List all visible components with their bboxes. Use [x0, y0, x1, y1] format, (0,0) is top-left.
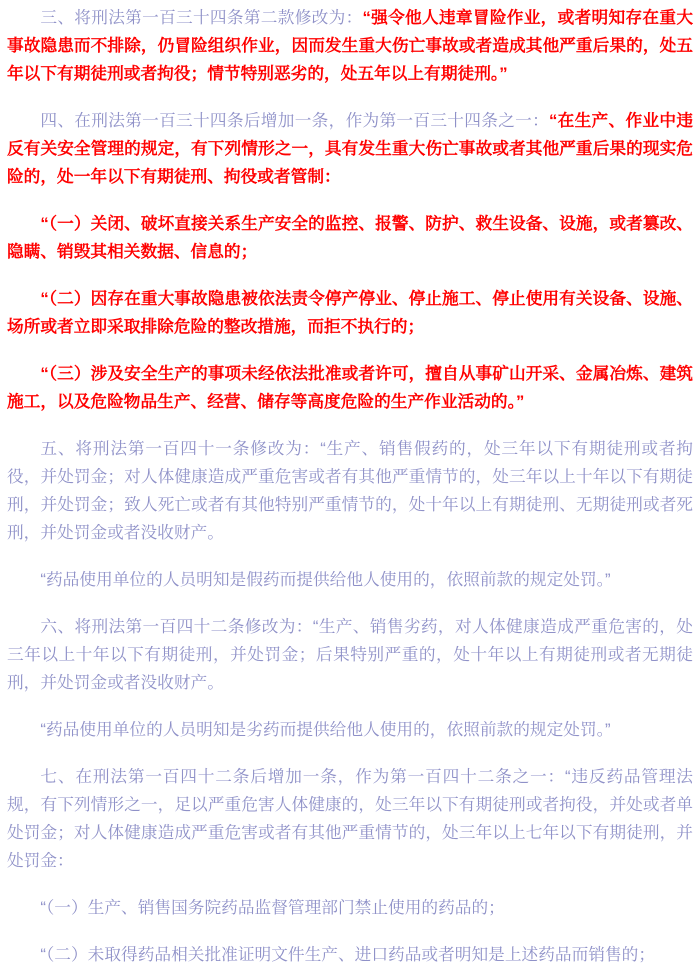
amendment-3: 三、将刑法第一百三十四条第二款修改为：“强令他人违章冒险作业，或者明知存在重大事…: [7, 4, 693, 88]
text-segment-lead: 七、在刑法第一百四十二条后增加一条，作为第一百四十二条之一：“违反药品管理法规，…: [7, 767, 693, 870]
text-segment-lead: 三、将刑法第一百三十四条第二款修改为：: [40, 8, 362, 27]
text-segment-lead: 六、将刑法第一百四十二条修改为：“生产、销售劣药，对人体健康造成严重危害的，处三…: [7, 617, 693, 692]
text-segment-lead: 四、在刑法第一百三十四条后增加一条，作为第一百三十四条之一：: [40, 111, 549, 130]
text-segment-emphasis: “（三）涉及安全生产的事项未经依法批准或者许可，擅自从事矿山开采、金属冶炼、建筑…: [7, 364, 693, 411]
amendment-4-item-3: “（三）涉及安全生产的事项未经依法批准或者许可，擅自从事矿山开采、金属冶炼、建筑…: [7, 360, 693, 416]
amendment-4-item-1: “（一）关闭、破坏直接关系生产安全的监控、报警、防护、救生设备、设施，或者篡改、…: [7, 210, 693, 266]
amendment-7: 七、在刑法第一百四十二条后增加一条，作为第一百四十二条之一：“违反药品管理法规，…: [7, 763, 693, 875]
text-segment-emphasis: “（二）因存在重大事故隐患被依法责令停产停业、停止施工、停止使用有关设备、设施、…: [7, 289, 693, 336]
amendment-6-para-2: “药品使用单位的人员明知是劣药而提供给他人使用的，依照前款的规定处罚。”: [7, 716, 693, 744]
amendment-4-item-2: “（二）因存在重大事故隐患被依法责令停产停业、停止施工、停止使用有关设备、设施、…: [7, 285, 693, 341]
amendment-7-item-2: “（二）未取得药品相关批准证明文件生产、进口药品或者明知是上述药品而销售的；: [7, 941, 693, 969]
text-segment-emphasis: “（一）关闭、破坏直接关系生产安全的监控、报警、防护、救生设备、设施，或者篡改、…: [7, 214, 693, 261]
document-body: 三、将刑法第一百三十四条第二款修改为：“强令他人违章冒险作业，或者明知存在重大事…: [0, 0, 700, 969]
text-segment-lead: “药品使用单位的人员明知是假药而提供给他人使用的，依照前款的规定处罚。”: [40, 570, 610, 589]
text-segment-lead: “药品使用单位的人员明知是劣药而提供给他人使用的，依照前款的规定处罚。”: [40, 720, 610, 739]
amendment-6: 六、将刑法第一百四十二条修改为：“生产、销售劣药，对人体健康造成严重危害的，处三…: [7, 613, 693, 697]
text-segment-lead: “（一）生产、销售国务院药品监督管理部门禁止使用的药品的；: [40, 898, 504, 917]
amendment-5-para-2: “药品使用单位的人员明知是假药而提供给他人使用的，依照前款的规定处罚。”: [7, 566, 693, 594]
amendment-4: 四、在刑法第一百三十四条后增加一条，作为第一百三十四条之一：“在生产、作业中违反…: [7, 107, 693, 191]
amendment-5: 五、将刑法第一百四十一条修改为：“生产、销售假药的，处三年以下有期徒刑或者拘役，…: [7, 435, 693, 547]
amendment-7-item-1: “（一）生产、销售国务院药品监督管理部门禁止使用的药品的；: [7, 894, 693, 922]
text-segment-lead: “（二）未取得药品相关批准证明文件生产、进口药品或者明知是上述药品而销售的；: [40, 945, 655, 964]
text-segment-lead: 五、将刑法第一百四十一条修改为：“生产、销售假药的，处三年以下有期徒刑或者拘役，…: [7, 439, 693, 542]
